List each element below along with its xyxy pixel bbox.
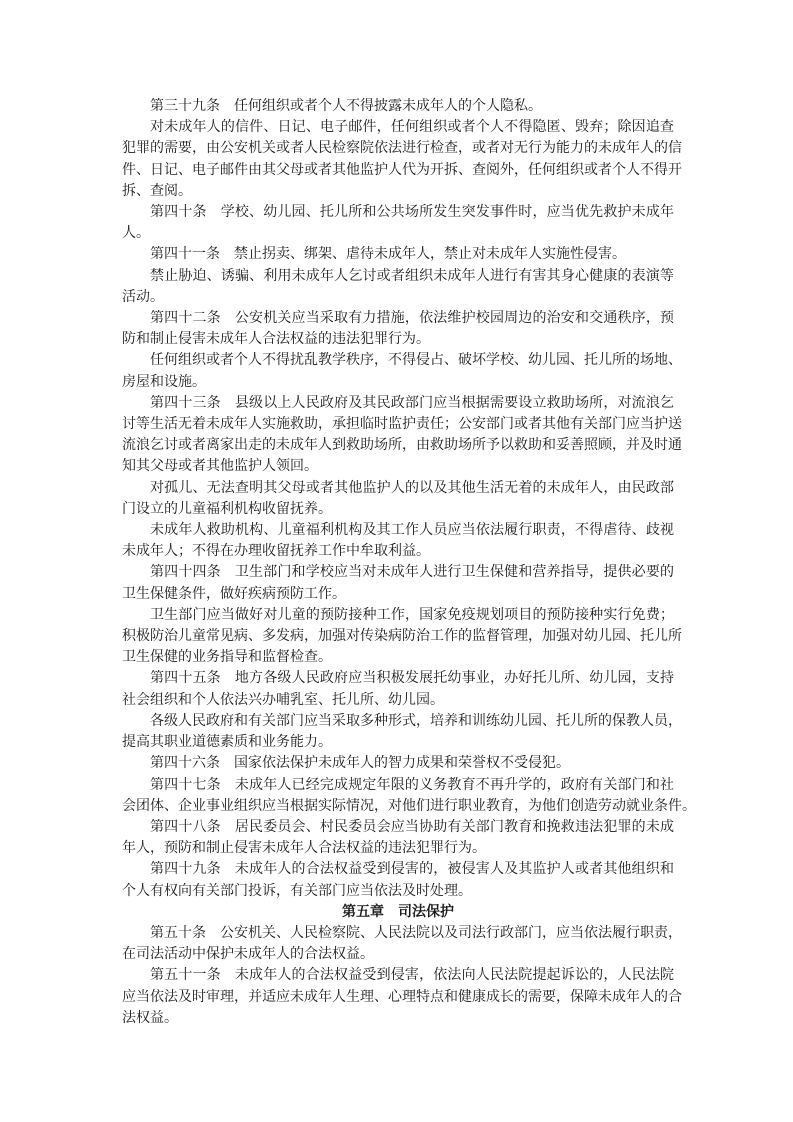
article-number: 第四十二条 (150, 310, 221, 326)
line-text: 房屋和设施。 (122, 374, 206, 390)
line-text: 未成年人的合法权益受到侵害，依法向人民法院提起诉讼的，人民法院 (235, 967, 674, 983)
article-number: 第四十条 (150, 204, 207, 220)
line-text: 会团体、企业事业组织应当根据实际情况，对他们进行职业教育，为他们创造劳动就业条件… (122, 798, 696, 814)
article-paragraph: 第三十九条任何组织或者个人不得披露未成年人的个人隐私。 (122, 96, 674, 117)
line-text: 拆、查阅。 (122, 183, 192, 199)
text-line: 各级人民政府和有关部门应当采取多种形式，培养和训练幼儿园、托儿所的保教人员， (122, 711, 674, 732)
article-number: 第五十条 (150, 925, 206, 941)
article-paragraph: 第四十八条居民委员会、村民委员会应当协助有关部门教育和挽救违法犯罪的未成年人，预… (122, 817, 674, 859)
text-line: 积极防治儿童常见病、多发病，加强对传染病防治工作的监督管理，加强对幼儿园、托儿所 (122, 626, 674, 647)
text-line: 活动。 (122, 287, 674, 308)
text-line: 对未成年人的信件、日记、电子邮件，任何组织或者个人不得隐匿、毁弃；除因追查 (122, 117, 674, 138)
line-text: 件、日记、电子邮件由其父母或者其他监护人代为开拆、查阅外，任何组织或者个人不得开 (122, 162, 682, 178)
line-text: 人。 (122, 225, 150, 241)
text-line: 第五十条公安机关、人民检察院、人民法院以及司法行政部门，应当依法履行职责， (122, 923, 674, 944)
body-paragraph: 对未成年人的信件、日记、电子邮件，任何组织或者个人不得隐匿、毁弃；除因追查犯罪的… (122, 117, 674, 202)
text-line: 应当依法及时审理，并适应未成年人生理、心理特点和健康成长的需要，保障未成年人的合 (122, 987, 674, 1008)
article-number: 第三十九条 (150, 98, 220, 114)
body-paragraph: 任何组织或者个人不得扰乱教学秩序，不得侵占、破坏学校、幼儿园、托儿所的场地、房屋… (122, 350, 674, 392)
article-paragraph: 第四十二条公安机关应当采取有力措施，依法维护校园周边的治安和交通秩序，预防和制止… (122, 308, 674, 350)
text-line: 犯罪的需要，由公安机关或者人民检察院依法进行检查，或者对无行为能力的未成年人的信 (122, 138, 674, 159)
line-text: 防和制止侵害未成年人合法权益的违法犯罪行为。 (122, 331, 430, 347)
article-paragraph: 第四十条学校、幼儿园、托儿所和公共场所发生突发事件时，应当优先救护未成年人。 (122, 202, 674, 244)
line-text: 法权益。 (122, 1010, 178, 1026)
line-text: 门设立的儿童福利机构收留抚养。 (122, 501, 332, 517)
line-text: 流浪乞讨或者离家出走的未成年人到救助场所，由救助场所予以救助和妥善照顾，并及时通 (122, 437, 682, 453)
text-line: 第四十八条居民委员会、村民委员会应当协助有关部门教育和挽救违法犯罪的未成 (122, 817, 674, 838)
text-line: 知其父母或者其他监护人领回。 (122, 456, 674, 477)
article-paragraph: 第四十一条禁止拐卖、绑架、虐待未成年人，禁止对未成年人实施性侵害。 (122, 244, 674, 265)
line-text: 年人，预防和制止侵害未成年人合法权益的违法犯罪行为。 (122, 840, 486, 856)
line-text: 卫生部门和学校应当对未成年人进行卫生保健和营养指导，提供必要的 (235, 564, 674, 580)
text-line: 卫生保健条件，做好疾病预防工作。 (122, 584, 674, 605)
line-text: 县级以上人民政府及其民政部门应当根据需要设立救助场所，对流浪乞 (235, 395, 674, 411)
text-line: 门设立的儿童福利机构收留抚养。 (122, 499, 674, 520)
line-text: 活动。 (122, 289, 164, 305)
line-text: 禁止胁迫、诱骗、利用未成年人乞讨或者组织未成年人进行有害其身心健康的表演等 (150, 268, 674, 284)
line-text: 未成年人已经完成规定年限的义务教育不再升学的，政府有关部门和社 (235, 777, 674, 793)
text-line: 年人，预防和制止侵害未成年人合法权益的违法犯罪行为。 (122, 838, 674, 859)
text-line: 会团体、企业事业组织应当根据实际情况，对他们进行职业教育，为他们创造劳动就业条件… (122, 796, 674, 817)
article-paragraph: 第四十四条卫生部门和学校应当对未成年人进行卫生保健和营养指导，提供必要的卫生保健… (122, 562, 674, 604)
line-text: 任何组织或者个人不得扰乱教学秩序，不得侵占、破坏学校、幼儿园、托儿所的场地、 (150, 352, 682, 368)
text-line: 第四十一条禁止拐卖、绑架、虐待未成年人，禁止对未成年人实施性侵害。 (122, 244, 674, 265)
text-line: 人。 (122, 223, 674, 244)
text-line: 件、日记、电子邮件由其父母或者其他监护人代为开拆、查阅外，任何组织或者个人不得开 (122, 160, 674, 181)
line-text: 未成年人救助机构、儿童福利机构及其工作人员应当依法履行职责，不得虐待、歧视 (150, 522, 674, 538)
text-line: 第五十一条未成年人的合法权益受到侵害，依法向人民法院提起诉讼的，人民法院 (122, 965, 674, 986)
article-paragraph: 第四十九条未成年人的合法权益受到侵害的，被侵害人及其监护人或者其他组织和个人有权… (122, 859, 674, 901)
line-text: 在司法活动中保护未成年人的合法权益。 (122, 946, 374, 962)
text-line: 社会组织和个人依法兴办哺乳室、托儿所、幼儿园。 (122, 690, 674, 711)
text-line: 拆、查阅。 (122, 181, 674, 202)
text-line: 第四十三条县级以上人民政府及其民政部门应当根据需要设立救助场所，对流浪乞 (122, 393, 674, 414)
text-line: 禁止胁迫、诱骗、利用未成年人乞讨或者组织未成年人进行有害其身心健康的表演等 (122, 266, 674, 287)
article-number: 第四十三条 (150, 395, 221, 411)
text-line: 卫生部门应当做好对儿童的预防接种工作，国家免疫规划项目的预防接种实行免费； (122, 605, 674, 626)
text-line: 流浪乞讨或者离家出走的未成年人到救助场所，由救助场所予以救助和妥善照顾，并及时通 (122, 435, 674, 456)
text-line: 第四十四条卫生部门和学校应当对未成年人进行卫生保健和营养指导，提供必要的 (122, 562, 674, 583)
text-line: 卫生保健的业务指导和监督检查。 (122, 647, 674, 668)
text-line: 未成年人；不得在办理收留抚养工作中牟取利益。 (122, 541, 674, 562)
line-text: 未成年人的合法权益受到侵害的，被侵害人及其监护人或者其他组织和 (235, 861, 674, 877)
text-line: 防和制止侵害未成年人合法权益的违法犯罪行为。 (122, 329, 674, 350)
article-number: 第四十六条 (150, 755, 220, 771)
line-text: 各级人民政府和有关部门应当采取多种形式，培养和训练幼儿园、托儿所的保教人员， (150, 713, 682, 729)
line-text: 卫生部门应当做好对儿童的预防接种工作，国家免疫规划项目的预防接种实行免费； (150, 607, 674, 623)
line-text: 禁止拐卖、绑架、虐待未成年人，禁止对未成年人实施性侵害。 (234, 246, 626, 262)
text-line: 第三十九条任何组织或者个人不得披露未成年人的个人隐私。 (122, 96, 674, 117)
text-line: 第四十七条未成年人已经完成规定年限的义务教育不再升学的，政府有关部门和社 (122, 775, 674, 796)
chapter-heading: 第五章 司法保护 (122, 902, 674, 923)
text-line: 法权益。 (122, 1008, 674, 1029)
text-line: 讨等生活无着未成年人实施救助，承担临时监护责任；公安部门或者其他有关部门应当护送 (122, 414, 674, 435)
article-number: 第四十八条 (150, 819, 221, 835)
line-text: 讨等生活无着未成年人实施救助，承担临时监护责任；公安部门或者其他有关部门应当护送 (122, 416, 682, 432)
text-line: 第四十九条未成年人的合法权益受到侵害的，被侵害人及其监护人或者其他组织和 (122, 859, 674, 880)
article-number: 第四十九条 (150, 861, 221, 877)
article-number: 第四十四条 (150, 564, 221, 580)
article-paragraph: 第五十一条未成年人的合法权益受到侵害，依法向人民法院提起诉讼的，人民法院应当依法… (122, 965, 674, 1029)
body-paragraph: 禁止胁迫、诱骗、利用未成年人乞讨或者组织未成年人进行有害其身心健康的表演等活动。 (122, 266, 674, 308)
article-number: 第四十一条 (150, 246, 220, 262)
article-number: 第五十一条 (150, 967, 221, 983)
line-text: 国家依法保护未成年人的智力成果和荣誉权不受侵犯。 (234, 755, 570, 771)
text-line: 第四十二条公安机关应当采取有力措施，依法维护校园周边的治安和交通秩序，预 (122, 308, 674, 329)
text-line: 提高其职业道德素质和业务能力。 (122, 732, 674, 753)
article-paragraph: 第四十三条县级以上人民政府及其民政部门应当根据需要设立救助场所，对流浪乞讨等生活… (122, 393, 674, 478)
article-paragraph: 第四十五条地方各级人民政府应当积极发展托幼事业，办好托儿所、幼儿园，支持社会组织… (122, 668, 674, 710)
line-text: 社会组织和个人依法兴办哺乳室、托儿所、幼儿园。 (122, 692, 444, 708)
line-text: 学校、幼儿园、托儿所和公共场所发生突发事件时，应当优先救护未成年 (221, 204, 674, 220)
document-page: 第三十九条任何组织或者个人不得披露未成年人的个人隐私。对未成年人的信件、日记、电… (122, 96, 674, 1029)
text-line: 未成年人救助机构、儿童福利机构及其工作人员应当依法履行职责，不得虐待、歧视 (122, 520, 674, 541)
line-text: 地方各级人民政府应当积极发展托幼事业，办好托儿所、幼儿园，支持 (235, 670, 674, 686)
article-paragraph: 第五十条公安机关、人民检察院、人民法院以及司法行政部门，应当依法履行职责，在司法… (122, 923, 674, 965)
text-line: 个人有权向有关部门投诉，有关部门应当依法及时处理。 (122, 881, 674, 902)
text-line: 第四十条学校、幼儿园、托儿所和公共场所发生突发事件时，应当优先救护未成年 (122, 202, 674, 223)
text-line: 对孤儿、无法查明其父母或者其他监护人的以及其他生活无着的未成年人，由民政部 (122, 478, 674, 499)
line-text: 公安机关应当采取有力措施，依法维护校园周边的治安和交通秩序，预 (235, 310, 674, 326)
article-paragraph: 第四十六条国家依法保护未成年人的智力成果和荣誉权不受侵犯。 (122, 753, 674, 774)
article-paragraph: 第四十七条未成年人已经完成规定年限的义务教育不再升学的，政府有关部门和社会团体、… (122, 775, 674, 817)
body-paragraph: 卫生部门应当做好对儿童的预防接种工作，国家免疫规划项目的预防接种实行免费；积极防… (122, 605, 674, 669)
line-text: 居民委员会、村民委员会应当协助有关部门教育和挽救违法犯罪的未成 (235, 819, 674, 835)
line-text: 应当依法及时审理，并适应未成年人生理、心理特点和健康成长的需要，保障未成年人的合 (122, 989, 682, 1005)
line-text: 公安机关、人民检察院、人民法院以及司法行政部门，应当依法履行职责， (220, 925, 682, 941)
line-text: 个人有权向有关部门投诉，有关部门应当依法及时处理。 (122, 883, 472, 899)
line-text: 未成年人；不得在办理收留抚养工作中牟取利益。 (122, 543, 430, 559)
line-text: 任何组织或者个人不得披露未成年人的个人隐私。 (234, 98, 542, 114)
line-text: 卫生保健条件，做好疾病预防工作。 (122, 586, 346, 602)
line-text: 提高其职业道德素质和业务能力。 (122, 734, 332, 750)
line-text: 卫生保健的业务指导和监督检查。 (122, 649, 332, 665)
body-paragraph: 未成年人救助机构、儿童福利机构及其工作人员应当依法履行职责，不得虐待、歧视未成年… (122, 520, 674, 562)
text-line: 第四十五条地方各级人民政府应当积极发展托幼事业，办好托儿所、幼儿园，支持 (122, 668, 674, 689)
article-number: 第四十七条 (150, 777, 221, 793)
body-paragraph: 对孤儿、无法查明其父母或者其他监护人的以及其他生活无着的未成年人，由民政部门设立… (122, 478, 674, 520)
line-text: 对孤儿、无法查明其父母或者其他监护人的以及其他生活无着的未成年人，由民政部 (150, 480, 674, 496)
line-text: 对未成年人的信件、日记、电子邮件，任何组织或者个人不得隐匿、毁弃；除因追查 (150, 119, 674, 135)
article-number: 第四十五条 (150, 670, 221, 686)
line-text: 积极防治儿童常见病、多发病，加强对传染病防治工作的监督管理，加强对幼儿园、托儿所 (122, 628, 682, 644)
text-line: 在司法活动中保护未成年人的合法权益。 (122, 944, 674, 965)
text-line: 第四十六条国家依法保护未成年人的智力成果和荣誉权不受侵犯。 (122, 753, 674, 774)
line-text: 知其父母或者其他监护人领回。 (122, 458, 318, 474)
line-text: 犯罪的需要，由公安机关或者人民检察院依法进行检查，或者对无行为能力的未成年人的信 (122, 140, 682, 156)
text-line: 任何组织或者个人不得扰乱教学秩序，不得侵占、破坏学校、幼儿园、托儿所的场地、 (122, 350, 674, 371)
body-paragraph: 各级人民政府和有关部门应当采取多种形式，培养和训练幼儿园、托儿所的保教人员，提高… (122, 711, 674, 753)
text-line: 房屋和设施。 (122, 372, 674, 393)
